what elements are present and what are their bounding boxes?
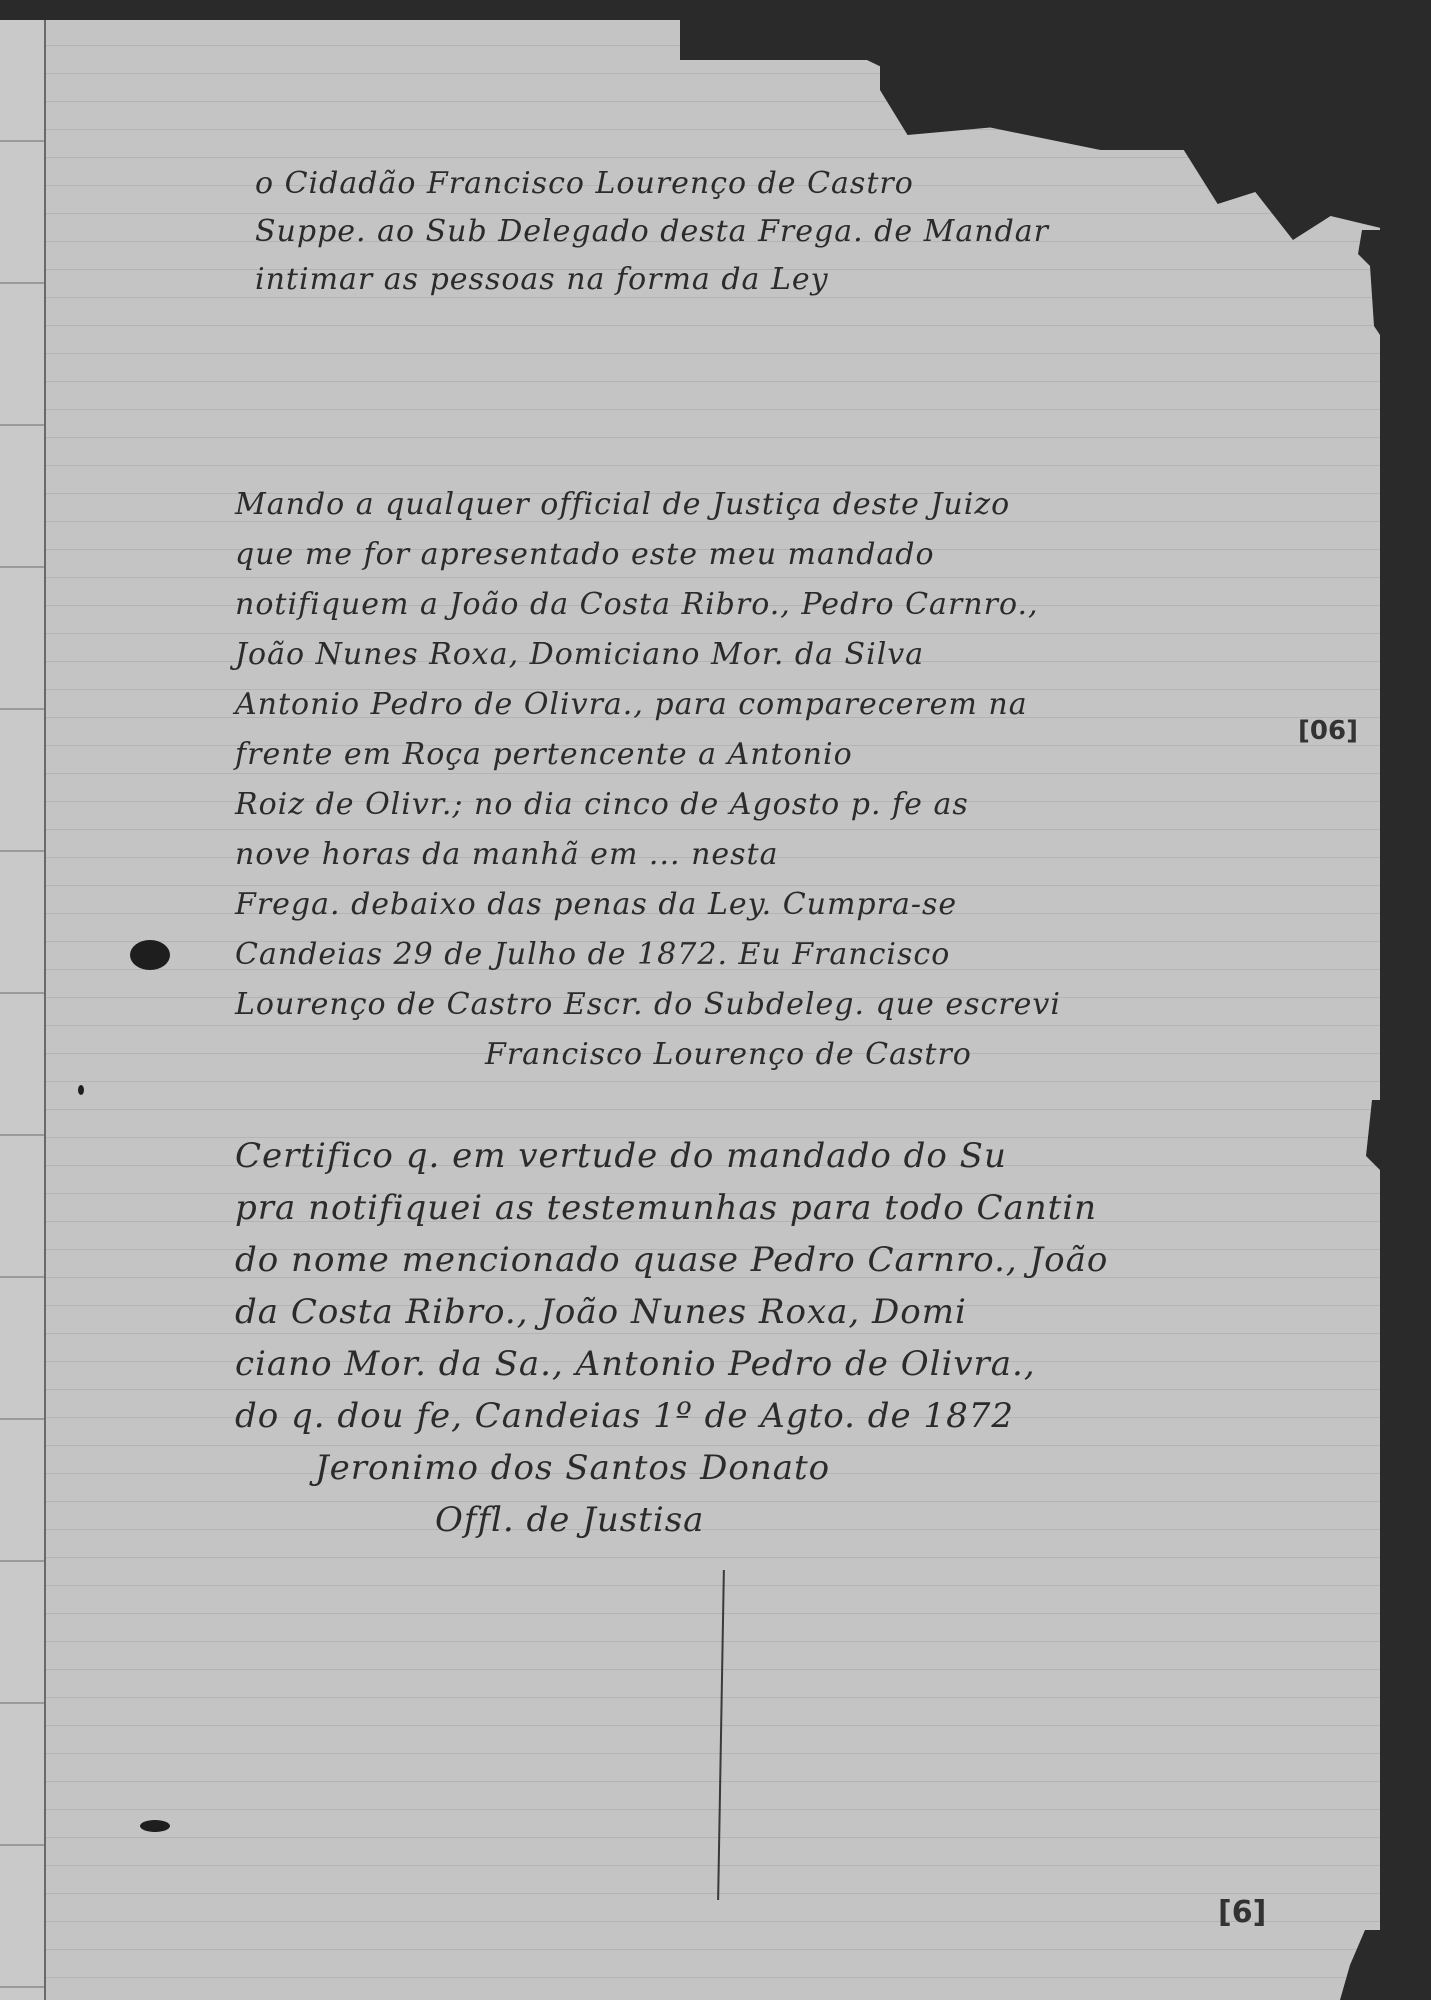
bottom-folio-label: [6] — [1218, 1895, 1266, 1930]
warrant-line-5: Antonio Pedro de Olivra., para comparece… — [235, 680, 1061, 730]
ink-blot — [140, 1820, 170, 1832]
warrant-line-9: Frega. debaixo das penas da Ley. Cumpra-… — [235, 880, 1061, 930]
certificate-signature-name: Jeronimo dos Santos Donato — [235, 1442, 1108, 1494]
margin-folio-label: [06] — [1298, 716, 1358, 746]
warrant-signature: Francisco Lourenço de Castro — [235, 1030, 1061, 1080]
header-note-block: o Cidadão Francisco Lourenço de Castro S… — [255, 160, 1049, 304]
header-line-1: o Cidadão Francisco Lourenço de Castro — [255, 160, 1049, 208]
certificate-line-3: do nome mencionado quase Pedro Carnro., … — [235, 1234, 1108, 1286]
warrant-line-4: João Nunes Roxa, Domiciano Mor. da Silva — [235, 630, 1061, 680]
warrant-line-2: que me for apresentado este meu mandado — [235, 530, 1061, 580]
warrant-text-block: Mando a qualquer official de Justiça des… — [235, 480, 1061, 1080]
certificate-line-6: do q. dou fe, Candeias 1º de Agto. de 18… — [235, 1390, 1108, 1442]
adjacent-ruled-page-edge — [0, 0, 46, 2000]
header-line-3: intimar as pessoas na forma da Ley — [255, 256, 1049, 304]
certificate-line-2: pra notifiquei as testemunhas para todo … — [235, 1182, 1108, 1234]
certificate-line-5: ciano Mor. da Sa., Antonio Pedro de Oliv… — [235, 1338, 1108, 1390]
certificate-line-4: da Costa Ribro., João Nunes Roxa, Domi — [235, 1286, 1108, 1338]
warrant-line-10: Candeias 29 de Julho de 1872. Eu Francis… — [235, 930, 1061, 980]
warrant-line-3: notifiquem a João da Costa Ribro., Pedro… — [235, 580, 1061, 630]
warrant-line-6: frente em Roça pertencente a Antonio — [235, 730, 1061, 780]
warrant-line-7: Roiz de Olivr.; no dia cinco de Agosto p… — [235, 780, 1061, 830]
certificate-text-block: Certifico q. em vertude do mandado do Su… — [235, 1130, 1108, 1546]
warrant-line-11: Lourenço de Castro Escr. do Subdeleg. qu… — [235, 980, 1061, 1030]
certificate-signature-title: Offl. de Justisa — [235, 1494, 1108, 1546]
ink-dot — [78, 1085, 84, 1095]
ink-stain — [130, 940, 170, 970]
header-line-2: Suppe. ao Sub Delegado desta Frega. de M… — [255, 208, 1049, 256]
certificate-line-1: Certifico q. em vertude do mandado do Su — [235, 1130, 1108, 1182]
warrant-line-8: nove horas da manhã em ... nesta — [235, 830, 1061, 880]
warrant-line-1: Mando a qualquer official de Justiça des… — [235, 480, 1061, 530]
